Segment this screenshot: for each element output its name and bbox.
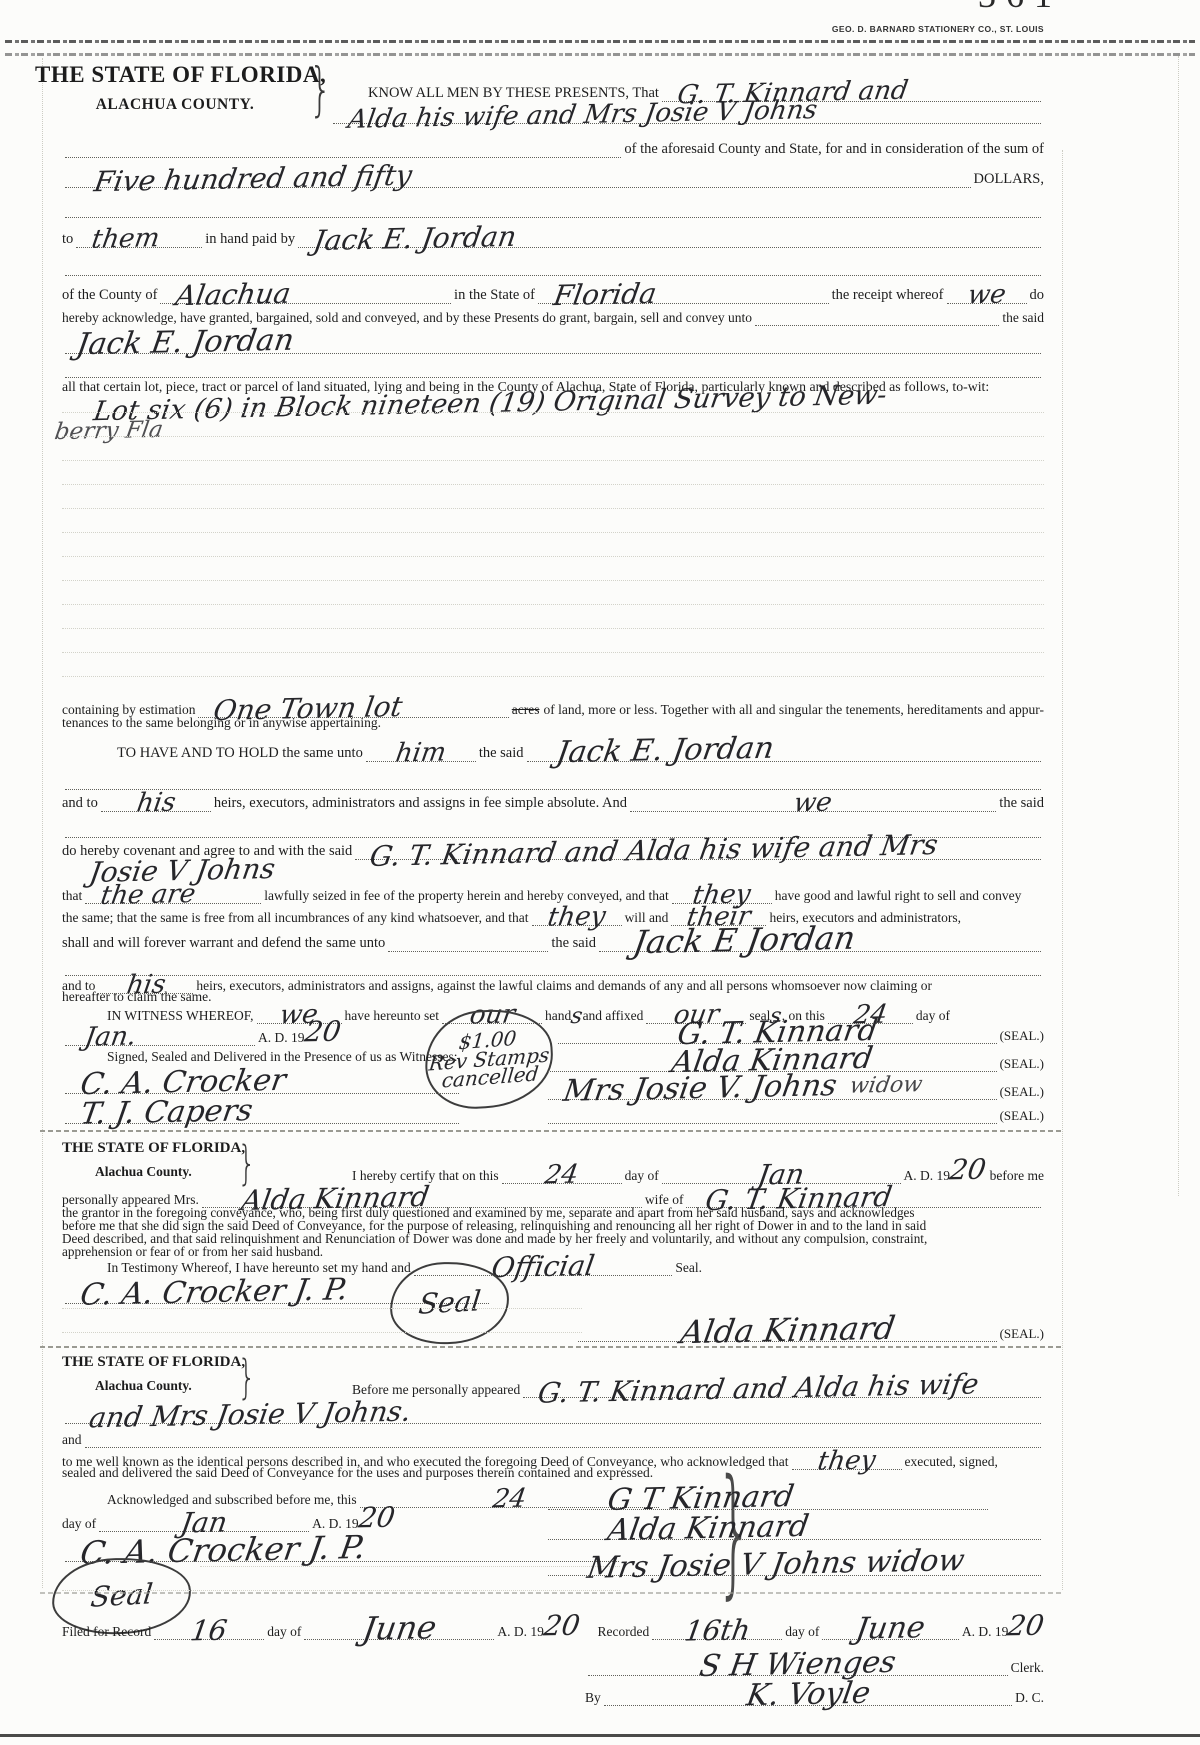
ruled-line (62, 532, 1044, 533)
bottom-scan-line (0, 1734, 1200, 1737)
warrant-grantee-field: Jack E Jordan (599, 931, 1041, 952)
notary1-brace (232, 1140, 261, 1186)
filed-day-of-label: day of (267, 1624, 301, 1640)
blank-leader (65, 377, 1041, 378)
seal-label-2: (SEAL.) (1000, 1057, 1044, 1072)
deputy-sig-field: K. Voyle (604, 1686, 1012, 1706)
county-field: Alachua (160, 286, 451, 304)
dower-ack-sig-field: Alda Kinnard (578, 1321, 997, 1342)
row-signature-3: Mrs Josie V. Johnswidow (SEAL.) (545, 1080, 1044, 1100)
handwritten-him: him (395, 744, 447, 761)
containing-post-label: of land, more or less. Together with all… (543, 702, 1044, 718)
n1-ad19-label: A. D. 19 (904, 1168, 951, 1184)
handwritten-payer: Jack E. Jordan (312, 228, 517, 250)
witness2-field: T. J. Capers (65, 1104, 459, 1124)
handwritten-ack-sig-3: Mrs Josie V Johns widow (586, 1552, 966, 1578)
row-blank1 (62, 200, 1044, 218)
row-county: of the County of Alachua in the State of… (62, 286, 1044, 304)
free-label: the same; that the same is free from all… (62, 910, 529, 926)
ruled-line (62, 580, 1044, 581)
row-notary2-names2: and Mrs Josie V Johns. (62, 1406, 1044, 1424)
that-label: that (62, 888, 82, 904)
right-margin-line (1062, 150, 1063, 1590)
handwritten-clerk-sig: S H Wienges (698, 1654, 897, 1677)
ruled-line (62, 652, 1044, 653)
handwritten-n1-year: 20 (949, 1160, 987, 1178)
receipt-field: we (947, 287, 1027, 304)
filed-day-field: 16 (154, 1622, 264, 1640)
row-ack-signature-2: Alda Kinnard (545, 1520, 1044, 1540)
habendum-grantee-field: Jack E. Jordan (527, 742, 1041, 762)
handwritten-seal-word-1: Seal (418, 1293, 482, 1314)
row-blank4 (62, 772, 1044, 790)
amount-field: Five hundred and fifty (65, 170, 971, 188)
deed-document-page: 361 GEO. D. BARNARD STATIONERY CO., ST. … (0, 0, 1200, 1745)
rec-day-of-label: day of (785, 1624, 819, 1640)
row-warrant: shall and will forever warrant and defen… (62, 932, 1044, 952)
row-witness-2: T. J. Capers (62, 1104, 462, 1124)
notary2-sig-field: C. A. Crocker J. P. (65, 1541, 619, 1562)
n2-day-of-label: day of (62, 1516, 96, 1532)
seal-print-label: Seal. (675, 1260, 702, 1276)
row-free: the same; that the same is free from all… (62, 908, 1044, 926)
dc-label: D. C. (1015, 1690, 1044, 1706)
row-notary2-sig: C. A. Crocker J. P. (62, 1540, 622, 1562)
month-field: Jan. (65, 1029, 255, 1046)
handwritten-parties-2: Josie V Johns (88, 860, 276, 881)
row-clerk: S H Wienges Clerk. (585, 1656, 1044, 1676)
by-label: By (585, 1690, 601, 1706)
they2-field: they (532, 909, 622, 926)
ruled-line (62, 508, 1044, 509)
handwritten-county: Alachua (175, 284, 292, 304)
printer-credit: GEO. D. BARNARD STATIONERY CO., ST. LOUI… (832, 24, 1044, 34)
row-aforesaid: of the aforesaid County and State, for a… (62, 140, 1044, 158)
known3-label: sealed and delivered the said Deed of Co… (62, 1466, 653, 1480)
row-heirs: and to his heirs, executors, administrat… (62, 794, 1044, 812)
filed-label: Filed for Record (62, 1624, 151, 1640)
rec-ad19-label: A. D. 19 (962, 1624, 1009, 1640)
ruled-line (62, 484, 1044, 485)
blank-leader (65, 789, 1041, 790)
claims-label: heirs, executors, administrators and ass… (196, 978, 932, 994)
handwritten-n2-year: 20 (357, 1508, 395, 1526)
blank-leader (65, 275, 1041, 276)
handwritten-his: his (135, 794, 176, 811)
handwritten-notary1-sig: C. A. Crocker J. P. (79, 1282, 349, 1306)
acres-struck-label: acres (512, 702, 540, 718)
filed-month-field: June (304, 1619, 494, 1640)
handwritten-rec-year: 20 (1007, 1616, 1045, 1634)
row-blank2 (62, 258, 1044, 276)
ruled-line (62, 676, 1044, 677)
handwritten-n1-day: 24 (544, 1167, 580, 1184)
signature3-field: Mrs Josie V. Johnswidow (548, 1080, 997, 1100)
grantee-field: Jack E. Jordan (65, 334, 1041, 354)
row-testimony: In Testimony Whereof, I have hereunto se… (62, 1258, 702, 1276)
claims2-label: hereafter to claim the same. (62, 990, 212, 1004)
handwritten-they-2: they (547, 908, 607, 925)
ruled-line (62, 628, 1044, 629)
page-number: 361 (978, 0, 1088, 12)
parties-field: G. T. Kinnard and Alda his wife and Mrs (355, 842, 1041, 860)
handwritten-filed-month: June (361, 1618, 437, 1639)
dollars-label: DOLLARS, (974, 171, 1045, 188)
notary1-state-title: THE STATE OF FLORIDA, (62, 1140, 245, 1157)
handwritten-ack-sig-2: Alda Kinnard (606, 1518, 810, 1541)
blank-leader (65, 217, 1041, 218)
n1-day-field: 24 (502, 1167, 622, 1184)
ruled-line (62, 1332, 582, 1333)
containing-post2-label: tenances to the same belonging or in any… (62, 716, 381, 730)
grantors-line2-field: Alda his wife and Mrs Josie V Johns (333, 107, 1041, 124)
row-witness-1: C. A. Crocker (62, 1074, 462, 1094)
to-have-label: TO HAVE AND TO HOLD the same unto (62, 745, 363, 762)
notary1-county-title: Alachua County. (95, 1164, 192, 1180)
handwritten-official: Official (490, 1257, 595, 1276)
seal-label-1: (SEAL.) (1000, 1029, 1044, 1044)
row-grantors2: Alda his wife and Mrs Josie V Johns (330, 106, 1044, 124)
handwritten-grantee-3: Jack E Jordan (632, 929, 856, 953)
handwritten-n2-names-1: G. T. Kinnard and Alda his wife (537, 1375, 980, 1402)
n1-day-of-label: day of (625, 1168, 659, 1184)
right-fold-line (1178, 56, 1179, 1196)
handwritten-widow-note: widow (849, 1079, 923, 1094)
section-divider-3 (40, 1592, 1062, 1594)
hand-label: hand (545, 1008, 571, 1024)
row-deputy: By K. Voyle D. C. (585, 1686, 1044, 1706)
acknowledge-label: hereby acknowledge, have granted, bargai… (62, 310, 752, 326)
payer-field: Jack E. Jordan (298, 230, 1041, 248)
row-signature-4: (SEAL.) (545, 1106, 1044, 1124)
filed-ad19-label: A. D. 19 (497, 1624, 544, 1640)
handwritten-n2-day: 24 (491, 1491, 527, 1508)
the-said-label4: the said (551, 935, 596, 952)
row-to-have: TO HAVE AND TO HOLD the same unto him th… (62, 742, 1044, 762)
and-field: we (630, 795, 996, 812)
blank-leader (85, 1447, 1042, 1448)
blank-leader (388, 951, 548, 952)
ruled-line (62, 436, 1044, 437)
seal-label-3: (SEAL.) (1000, 1085, 1044, 1100)
description-line1-wrap: Lot six (6) in Block nineteen (19) Origi… (95, 396, 885, 417)
row-acknowledge: hereby acknowledge, have granted, bargai… (62, 308, 1044, 326)
the-said-label3: the said (999, 795, 1044, 812)
handwritten-filed-year: 20 (542, 1616, 580, 1634)
ruled-line (62, 556, 1044, 557)
handwritten-grantors-2: Alda his wife and Mrs Josie V Johns (347, 102, 818, 128)
notary2-brace (232, 1354, 261, 1400)
handwritten-parties-1: G. T. Kinnard and Alda his wife and Mrs (369, 836, 939, 865)
ruled-line (62, 604, 1044, 605)
handwritten-dower-ack-sig: Alda Kinnard (679, 1319, 896, 1343)
before-me-label: before me (990, 1168, 1044, 1184)
handwritten-signature-3: Mrs Josie V. Johns (562, 1078, 838, 1102)
row-amount: Five hundred and fifty DOLLARS, (62, 170, 1044, 188)
ack-sig1-field: G T Kinnard (548, 1490, 988, 1510)
scan-rule-top1 (5, 40, 1195, 43)
state-field: Florida (538, 286, 829, 304)
handwritten-n1-month: Jan (757, 1165, 806, 1183)
row-blank6 (62, 958, 1044, 976)
section-divider-2 (40, 1346, 1062, 1348)
to-label: to (62, 231, 73, 248)
handwritten-rec-day: 16th (683, 1621, 751, 1640)
heirs-label: heirs, executors, administrators and ass… (214, 795, 627, 812)
handwritten-witness-1: C. A. Crocker (79, 1072, 287, 1095)
warrant-label: shall and will forever warrant and defen… (62, 935, 385, 952)
handwritten-we-2: we (793, 794, 833, 811)
row-ack-signature-1: G T Kinnard (545, 1490, 1044, 1510)
ack-sig3-field: Mrs Josie V Johns widow (548, 1556, 1041, 1576)
recorded-label: Recorded (598, 1624, 650, 1640)
to-value-field: them (76, 231, 202, 248)
signature4-field (548, 1123, 997, 1124)
ad19-label: A. D. 19 (258, 1030, 305, 1046)
description-line2-wrap: berry Fla (55, 424, 163, 443)
in-state-label: in the State of (454, 287, 535, 304)
day-of-label: day of (916, 1008, 950, 1024)
that-field: the are (85, 887, 261, 904)
ruled-line (62, 1308, 582, 1309)
affixed-label: and affixed (583, 1008, 644, 1024)
blank-leader (65, 157, 621, 158)
row-ack-signature-3: Mrs Josie V Johns widow (545, 1556, 1044, 1576)
the-said-label: the said (1002, 310, 1044, 326)
section-divider-1 (40, 1130, 1062, 1132)
row-blank3 (62, 360, 1044, 378)
county-title: ALACHUA COUNTY. (35, 96, 315, 114)
left-margin-line (42, 58, 43, 1588)
ack-sig2-field: Alda Kinnard (548, 1520, 1041, 1540)
witness1-field: C. A. Crocker (65, 1074, 459, 1094)
handwritten-n2-names-2: and Mrs Josie V Johns. (88, 1402, 412, 1426)
handwritten-n2-month: Jan (180, 1513, 229, 1531)
unto-field: him (366, 745, 476, 762)
handwritten-month: Jan. (84, 1028, 138, 1045)
handwritten-rec-month: June (855, 1620, 927, 1640)
handwritten-them: them (91, 230, 161, 248)
right-label: have good and lawful right to sell and c… (775, 888, 1022, 904)
n2-and-label: and (62, 1432, 82, 1448)
handwritten-witness-2: T. J. Capers (79, 1103, 253, 1125)
n2-names1-field: G. T. Kinnard and Alda his wife (523, 1380, 1041, 1398)
rec-day-field: 16th (652, 1622, 782, 1640)
notary2-state-title: THE STATE OF FLORIDA, (62, 1354, 245, 1371)
handwritten-state: Florida (552, 285, 657, 304)
handwritten-we: we (966, 286, 1006, 303)
row-filed: Filed for Record 16 day of June A. D. 19… (62, 1620, 1044, 1640)
row-notary2-appeared: Before me personally appeared G. T. Kinn… (352, 1380, 1044, 1398)
blank-leader (755, 325, 999, 326)
handwritten-year: 20 (303, 1022, 341, 1040)
known2-label: executed, signed, (905, 1454, 998, 1470)
ruled-line (62, 412, 1044, 413)
receipt-label: the receipt whereof (832, 287, 944, 304)
scan-rule-top2 (5, 53, 1195, 56)
handwritten-n2-they: they (817, 1452, 877, 1469)
handwritten-filed-day: 16 (190, 1621, 228, 1639)
in-hand-label: in hand paid by (205, 231, 295, 248)
do-label: do (1030, 287, 1045, 304)
notary2-county-title: Alachua County. (95, 1378, 192, 1394)
set-label: have hereunto set (345, 1008, 439, 1024)
row-dower-ack-sig: Alda Kinnard (SEAL.) (575, 1320, 1044, 1342)
n2-they-field: they (792, 1453, 902, 1470)
and-to-label: and to (62, 795, 98, 812)
handwritten-deputy-sig: K. Voyle (745, 1685, 871, 1706)
ruled-line (62, 460, 1044, 461)
of-county-label: of the County of (62, 287, 157, 304)
handwritten-ack-sig-1: G T Kinnard (606, 1488, 795, 1510)
row-paid-by: to them in hand paid by Jack E. Jordan (62, 230, 1044, 248)
handwritten-the-are: the are (100, 886, 197, 904)
row-signature-1: G. T. Kinnard (SEAL.) (555, 1024, 1044, 1044)
the-said-label2: the said (479, 745, 524, 762)
row-in-witness: IN WITNESS WHEREOF, we have hereunto set… (62, 1006, 1044, 1024)
clerk-label: Clerk. (1011, 1660, 1044, 1676)
seized-label: lawfully seized in fee of the property h… (264, 888, 668, 904)
handwritten-seal-word-2: Seal (90, 1586, 154, 1607)
handwritten-amount: Five hundred and fifty (93, 166, 413, 190)
aforesaid-label: of the aforesaid County and State, for a… (624, 141, 1044, 158)
signature1-field: G. T. Kinnard (558, 1024, 997, 1044)
row-grantee: Jack E. Jordan (62, 332, 1044, 354)
ruled-line (62, 1590, 620, 1591)
notary1-body4: apprehension or fear of or from her said… (62, 1245, 323, 1259)
row-seized: that the are lawfully seized in fee of t… (62, 886, 1044, 904)
row-witness-date: Jan. A. D. 19 20 (62, 1028, 482, 1046)
state-title: THE STATE OF FLORIDA, (35, 62, 326, 88)
handwritten-grantee: Jack E. Jordan (75, 332, 295, 355)
heirs-field: his (101, 795, 211, 812)
seal-label-4: (SEAL.) (1000, 1109, 1044, 1124)
n2-names2-field: and Mrs Josie V Johns. (65, 1406, 1041, 1424)
row-notary2-and: and (62, 1430, 1044, 1448)
rec-month-field: June (822, 1620, 959, 1640)
handwritten-grantee-2: Jack E. Jordan (555, 740, 775, 763)
row-notary1-certify: I hereby certify that on this 24 day of … (352, 1166, 1044, 1184)
clerk-sig-field: S H Wienges (588, 1656, 1008, 1676)
seal-label-5: (SEAL.) (1000, 1327, 1044, 1342)
